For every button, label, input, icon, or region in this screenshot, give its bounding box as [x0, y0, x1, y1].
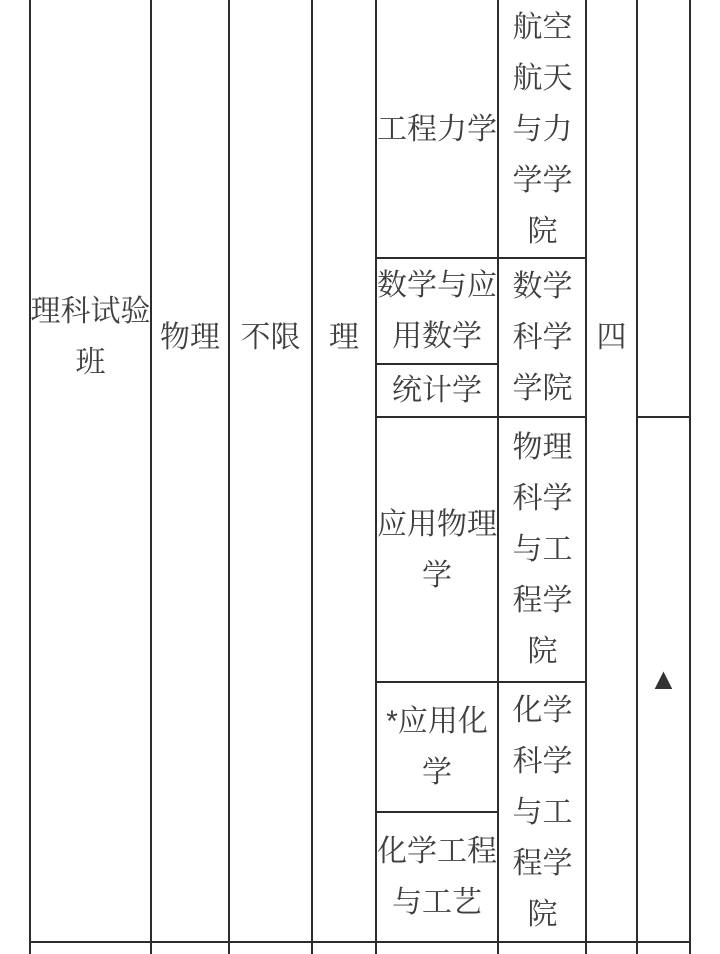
cell-subject-requirement: 物理	[151, 0, 229, 942]
cell-college-chemical-science-engineering: 化学 科学 与工 程学 院	[495, 682, 590, 942]
cell-major-statistics: 统计学	[373, 364, 501, 417]
cell-major-chemical-engineering: 化学工程 与工艺	[373, 812, 501, 942]
admissions-plan-table: 理科试验 班 物理 不限 理 工程力学 数学与应 用数学 统计学 应用物理 学 …	[0, 0, 720, 954]
cell-major-applied-physics: 应用物理 学	[373, 417, 501, 682]
cell-college-physics-science-engineering: 物理 科学 与工 程学 院	[495, 417, 590, 682]
cell-major-engineering-mechanics: 工程力学	[373, 0, 501, 258]
cell-category: 理	[312, 0, 376, 942]
cell-major-math-applied-math: 数学与应 用数学	[373, 258, 501, 364]
cell-college-mathematical-sciences: 数学 科学 学院	[495, 258, 590, 417]
cell-major-applied-chemistry: *应用化 学	[373, 682, 501, 812]
cell-other-requirement: 不限	[229, 0, 312, 942]
cell-college-aerospace-mechanics: 航空 航天 与力 学学 院	[495, 0, 590, 258]
cell-remark-triangle-marker: ▲	[637, 417, 690, 942]
cell-duration-years: 四	[586, 0, 637, 942]
cell-program-group: 理科试验 班	[27, 0, 154, 942]
